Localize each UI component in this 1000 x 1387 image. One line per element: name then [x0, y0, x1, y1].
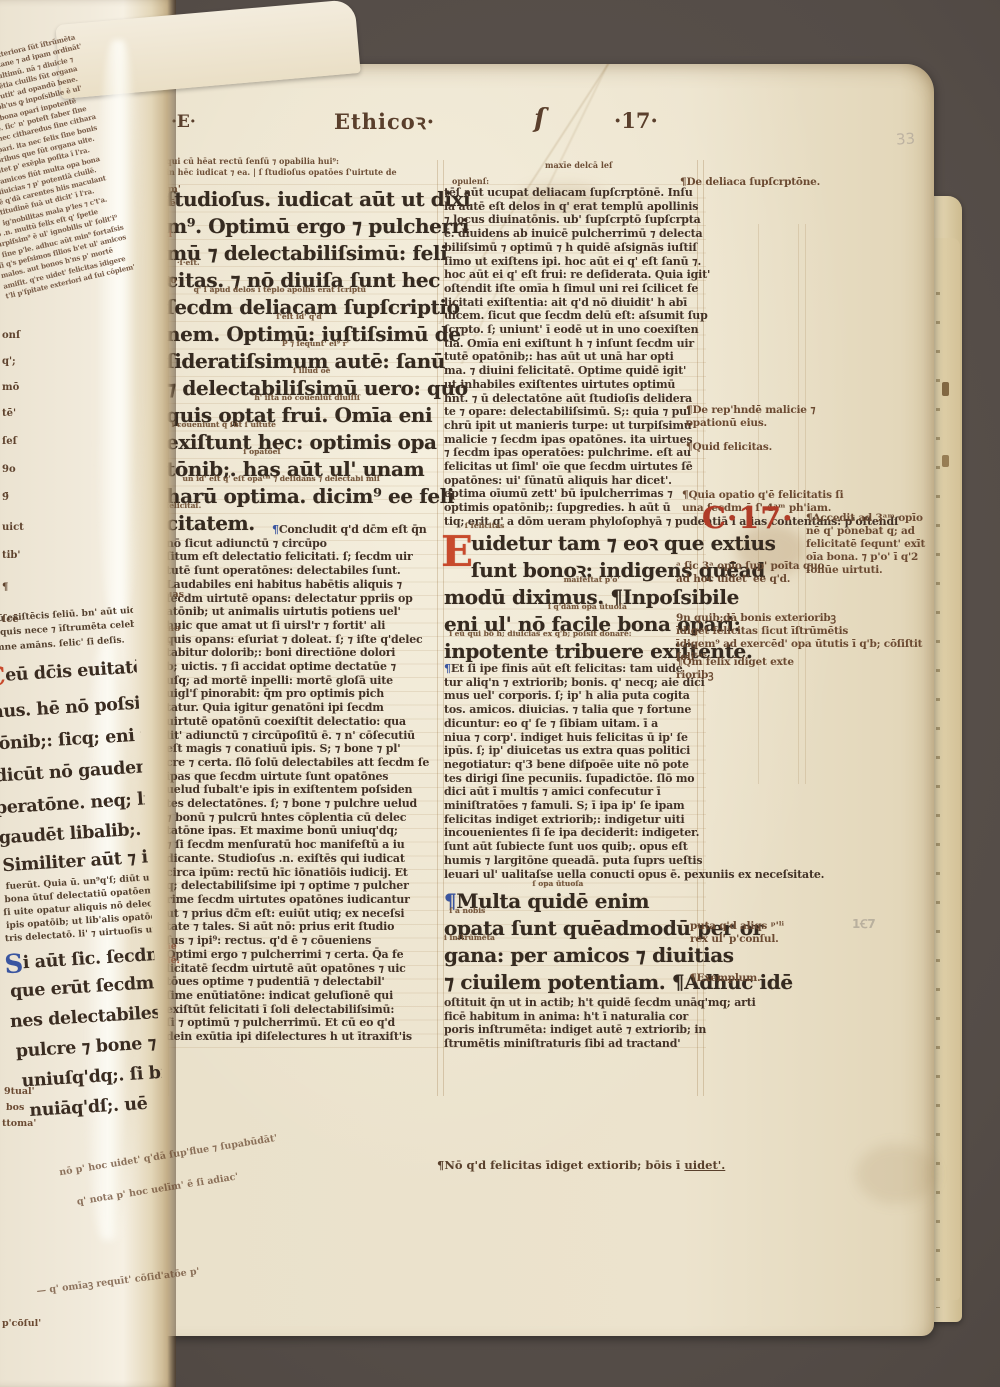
manuscript-photo: ·E· Ethicoꝛ· ſ ·17· 33 qui cū hēat rectū…	[0, 0, 1000, 1387]
interlinear-gloss: ſ opa ūtuoſa	[532, 880, 583, 888]
text-line: quib; felix utit' ad opandū bene.	[0, 67, 109, 111]
text-line: humis ⁊ largitōne queadā. puta ſuprs ueſ…	[444, 854, 704, 868]
bottom-annotation: ¶Nō q'd felicitas īdiget extiorib; bōis …	[437, 1158, 725, 1172]
text-line: ⁊ ſi ſecdm menſuratū hoc manifeſtū a iu	[166, 838, 442, 852]
text-line: ꝙ oīa bona exteriora ſūt īſtrūmēta	[0, 27, 100, 71]
text-line: felicitas indiget extriorib;: indigetur …	[444, 813, 704, 827]
text-line: amici ⁊ potētia ciuilis ſūt organa	[0, 57, 107, 101]
text-line: optima oīumū zett' bū ipulcherrimas ⁊	[444, 487, 704, 501]
interlinear-gloss: maīfeſtat p'o'	[564, 576, 620, 584]
paraph-mark: ¶	[444, 662, 451, 675]
text-line: atōnib; ut animalis uirtutis potiens uel…	[166, 605, 442, 619]
text-line: tabitur dolorib;: boni directiōne dolori	[166, 646, 442, 660]
interlinear-gloss: i inſtrūmēta	[444, 934, 495, 942]
parchment-stain	[856, 1144, 936, 1204]
col2-lemma-text: ſ felicitasEuidetur tam ⁊ eoꝛ que extius…	[444, 530, 704, 665]
text-line: tatur. Quia igitur genatōni ipi ſecdm	[166, 701, 442, 715]
text-line: mus uel' corporis. ſ; ip' h alia puta co…	[444, 689, 704, 703]
initial	[29, 1101, 30, 1121]
text-line: ſi ⁊ optimū ⁊ pulcherrimū. Et cū eo q'd	[166, 1016, 442, 1030]
text-line: biliſsimū ⁊ optimū ⁊ h quidē aſsignās iu…	[444, 241, 704, 255]
text-line: nō ſicut adiunctū ⁊ circūpo	[166, 537, 442, 551]
text-line: negotiatur: q'3 bene diſpoēe uite nō pot…	[444, 758, 704, 772]
fragment: ſcē	[2, 614, 19, 625]
initial	[2, 856, 3, 876]
pricking-holes	[936, 292, 940, 1308]
initial	[6, 921, 7, 931]
col2-lemma-text-2: ſ opa ūtuoſa¶Multa quidē enimſ a nobisop…	[444, 888, 704, 996]
text-line: ⁊ locus diuinatōnis. ub' ſupſcrptō ſupſc…	[444, 213, 704, 227]
text-line: ipūs. ſ; ip' diuicetas us extra quas pol…	[444, 744, 704, 758]
margin-fragment: detabiliſsī	[111, 242, 165, 256]
running-title: Ethicoꝛ·	[334, 108, 435, 136]
margin-note: ᵃ ſic 3ᵃ opīo ſup' poīta quo ad hoc uide…	[676, 560, 824, 586]
text-line: ⁊ bonū ⁊ pulcrū hntes cōplentia cū delec	[166, 811, 442, 825]
text-line: cre ⁊ certa. ſlō ſolū delectabiles att ſ…	[166, 756, 442, 770]
initial: C	[0, 662, 6, 693]
margin-note: ¶De deliaca ſupſcrptōne.	[680, 176, 820, 189]
pencil-folio-number: 33	[895, 129, 915, 148]
initial	[15, 1042, 16, 1062]
text-line: la autē eſt delos in q' erat templū apol…	[444, 200, 704, 214]
fragment: uict	[2, 522, 24, 533]
interlinear-gloss: P ⁊ ſequnt' ei⁹ r'	[282, 340, 349, 348]
text-line: dicuntur: eo q' ſe ⁊ ſibiam uitam. ī a	[444, 717, 704, 731]
interlinear-gloss: un id' eſt q' eſt opaᵗᵐ ⁊ deſidans ⁊ del…	[183, 475, 380, 483]
text-line: ma. ⁊ diuini felicitatē. Optime quidē ig…	[444, 364, 704, 378]
fragment: tib'	[2, 550, 20, 561]
margin-note: ¶Exemplum.	[690, 972, 760, 985]
text-line: tate ⁊ tales. Si aūt nō: prius erit ſtud…	[166, 920, 442, 934]
margin-fragment: me eptime biliſsiē.	[140, 926, 180, 968]
fragment: bos	[6, 1102, 24, 1113]
text-line: dici aūt ī multis ⁊ amici confecutur ī	[444, 785, 704, 799]
text-line: oſtendit iſte omīa h ſimul uni rei ſcili…	[444, 282, 704, 296]
text-line: hoc aūt ei q' eſt frui: re deſiderata. Q…	[444, 268, 704, 282]
folio-number: ·17·	[614, 108, 658, 133]
text-line: rime ſecdm uirtutes opatōnes iudicantur	[166, 893, 442, 907]
fragment: ttoma'	[2, 1118, 36, 1129]
underlined-word: uidet'.	[684, 1158, 725, 1172]
text-line: ſcrpto. ſ; uniunt' ī eodē ut in uno coex…	[444, 323, 704, 337]
text-line: ſunt aūt ſubiecte ſunt uos quib;. opus e…	[444, 840, 704, 854]
text-line: ſtudioſus. iudicat aūt ut dixi	[166, 186, 442, 213]
margin-fragment: uidit a p'oio ſ' opōne.	[113, 274, 177, 302]
text-line: circa ipūm: rectū hīc iōnatiōis iudicij.…	[166, 866, 442, 880]
fragment: tē'	[2, 408, 16, 419]
text-line: uigl'ſ pinorabit: q̄m pro optimis pich	[166, 687, 442, 701]
initial	[5, 882, 6, 892]
text-line: ſitum eſt delectatio felicitati. ſ; ſecd…	[166, 550, 442, 564]
initial	[4, 895, 5, 905]
text-line: niua ⁊ corp'. indiget huis felicitas ū i…	[444, 731, 704, 745]
fragment: 9tual'	[4, 1086, 35, 1097]
text-line: exiſtūt felicitati ī ſoli delectabiliſsi…	[166, 1003, 442, 1017]
text-line: incouenientes ſi ſe ipa deciderit: indig…	[444, 826, 704, 840]
text-line: ſecdm uirtutē opans: delectatur ppriis o…	[166, 592, 442, 606]
text-line: un id' eſt q' eſt opaᵗᵐ ⁊ deſidans ⁊ del…	[166, 483, 442, 510]
text-line: tes dirigi ſine pecuniis. ſupadictōe. ſl…	[444, 772, 704, 786]
interlinear-gloss: ſ illud oē	[293, 367, 330, 375]
col2-commentary-bottom: oſtituit q̄n ut in actib; h't quidē ſecd…	[444, 996, 704, 1051]
text-line: licitatē ſecdm uirtutē aūt opatōnes ⁊ ui…	[166, 962, 442, 976]
text-line: ſus ⁊ ipi⁹: rectus. q'd ē ⁊ cōueniens	[166, 934, 442, 948]
text-line: tia. Omīa eni exiſtunt h ⁊ inſunt ſecdm …	[444, 337, 704, 351]
margin-fragment: paltid' phōno 'gloſam ūte	[110, 622, 180, 650]
text-line: poris inſtrumēta: indiget autē ⁊ extrior…	[444, 1023, 704, 1037]
text-line: ſime enūtiatōne: indicat geluſionē qui	[166, 989, 442, 1003]
text-line: felicitas ut ſiml' oīe que ſecdm uirtute…	[444, 460, 704, 474]
interlinear-gloss: q' ſ apud delos ī tēplo apollīs erat ſcr…	[194, 286, 366, 294]
text-line: b; uictis. ⁊ ſi accidat optime dectatūe …	[166, 660, 442, 674]
margin-note: puta q'd aliqs ᵖ'ˡⁱ rex ul' p'conſul.	[690, 920, 784, 946]
manuscript-page: ·E· Ethicoꝛ· ſ ·17· 33 qui cū hēat rectū…	[96, 64, 934, 1336]
interlinear-gloss: i coueniunt q̄ ſūt ſ uitute	[172, 421, 276, 429]
fragment: ¶	[2, 582, 8, 593]
col2-commentary-top: tēſ aūt ucupat deliacam ſupſcrptōnē. Inſ…	[444, 186, 704, 529]
margin-fragment: eras.	[122, 486, 148, 500]
margin-note: ¶De rep'hndē malicie ⁊ opationū eius.	[686, 404, 815, 430]
col2-top-gloss: maxīe delcā leſ	[545, 160, 612, 171]
fragment: onſ	[2, 330, 20, 341]
margin-note: C·17·	[702, 512, 794, 525]
text-line: uirtutē opatōnū coexiſtit delectatio: qu…	[166, 715, 442, 729]
text-line: ſ felicitasEuidetur tam ⁊ eoꝛ que extius	[444, 530, 704, 557]
text-line: q; delectabiliſsime ipi ⁊ optime ⁊ pulch…	[166, 879, 442, 893]
initial	[3, 908, 4, 918]
col1-lemma-text: ſtudioſus. iudicat aūt ut dixim⁹. Optimū…	[166, 186, 442, 537]
header-center-mark: ſ	[534, 104, 545, 134]
text-line: uicem. ſicut que ſecdm delū eſt: aſsumit…	[444, 309, 704, 323]
text-line: tatōne ipas. Et maxime bonū uniuq'dq;	[166, 824, 442, 838]
text-line: Optimi ergo ⁊ pulcherrimi ⁊ certa. Q̄a f…	[166, 948, 442, 962]
text-line: ipas que ſecdm uirtute ſunt opatōnes	[166, 770, 442, 784]
text-line: tutē opatōnib;: has aūt ut unā har opti	[444, 350, 704, 364]
fragment: 9̄	[2, 492, 9, 503]
text-line: ē. diuidens ab inuicē pulcherrimū ⁊ dele…	[444, 227, 704, 241]
text-line: ⁊ ciuilem potentiam. ¶Adhuc idē	[444, 969, 704, 996]
text-line: tōues optime ⁊ pudentiā ⁊ delectabil'	[166, 975, 442, 989]
text-line: licitati exiſtentia: ait q'd nō diuidit'…	[444, 296, 704, 310]
text-line: eſt magis ⁊ conatiuū ipis. S; ⁊ bone ⁊ p…	[166, 742, 442, 756]
margin-fragment: ad opus d'tuas les eblōnis.	[107, 588, 184, 616]
text-line: i inſtrūmētagana: per amicos ⁊ diuitias	[444, 942, 704, 969]
text-line: hnt. ⁊ ū delectatōne aūt ſtudioſis delid…	[444, 392, 704, 406]
initial	[10, 982, 11, 1002]
col2-commentary-mid: ¶Et ſi ipe finis aūt eſt felicitas: tam …	[444, 662, 704, 881]
margin-fragment: pulchep'mi	[113, 228, 172, 242]
text-line: optimis opatōnib;: ſupgredies. h aūt ū	[444, 501, 704, 515]
col1-top-gloss: qui cū hēat rectū ſenſū ⁊ opabilia hui⁹:…	[166, 156, 466, 178]
text-line: tēſ aūt ucupat deliacam ſupſcrptōnē. Inſ…	[444, 186, 704, 200]
text-line: Laudabiles eni habitus habētis aliquis ⁊	[166, 578, 442, 592]
text-line: opatōnes: ui' ſūnatū aliquis har dicet'.	[444, 474, 704, 488]
margin-note: ¶Quid felicitas.	[686, 441, 772, 454]
text-line: miniſtratōes ⁊ famuli. S; ī ipa ip' ſe i…	[444, 799, 704, 813]
text-line: te ⁊ opare: delectabiliſsimū. S;: quia ⁊…	[444, 405, 704, 419]
text-line: huic que amat ut ſi uirsl'r ⁊ fortit' al…	[166, 619, 442, 633]
fragment: ſeſ	[2, 436, 17, 447]
text-line: i coueniunt q̄ ſūt ſ uituteexiſtunt hec:…	[166, 429, 442, 456]
initial	[9, 1012, 10, 1032]
cut-off-line-endings: onſq';mōtē'ſeſ9o9̄uicttib'¶ſcē	[2, 330, 46, 670]
text-line: felicitatis hūane ⁊ ad ipam ordināt'	[0, 37, 102, 81]
initial	[5, 934, 6, 944]
text-line: chrū ipit ut manieris turpe: ut turpiſsi…	[444, 419, 704, 433]
initial: S	[4, 949, 24, 980]
text-line: m⁹. Optimū ergo ⁊ pulcherri	[166, 213, 442, 240]
text-line: oſtituit q̄n ut in actib; h't quidē ſecd…	[444, 996, 704, 1010]
margin-fragment: cū q' ī opem' ſiſtat feliciē opemu	[113, 183, 181, 225]
text-line: ⁊ ſecdm ipas operatōes: pulchrime. eſt a…	[444, 446, 704, 460]
text-line: ſic' ad finē ultimū. nā ⁊ diuicie ⁊	[0, 47, 104, 91]
fragment: q';	[2, 356, 16, 367]
text-line: ¶Et ſi ipe finis aūt eſt felicitas: tam …	[444, 662, 704, 676]
margin-note: 1Ꞓ7	[852, 918, 875, 931]
initial	[21, 1072, 22, 1092]
quire-mark: ·E·	[171, 112, 196, 132]
text-line: tos. amicos. diuicias. ⁊ talia que ⁊ for…	[444, 703, 704, 717]
paraph-mark: ¶	[272, 523, 279, 536]
text-line: uſq; ad mortē inpelli: mortē gloſā uite	[166, 674, 442, 688]
fragment: mō	[2, 382, 19, 393]
text-line: tur aliq'n ⁊ extriorib; bonis. q' necq; …	[444, 676, 704, 690]
text-line: quis opans: eſuriat ⁊ doleat. ſ; ⁊ iſte …	[166, 633, 442, 647]
fragment: 9o	[2, 464, 16, 475]
text-line: tutē ſunt operatōnes: delectabiles ſunt.	[166, 564, 442, 578]
text-line: malicie ⁊ ſecdm ipas opatōnes. ita uirtu…	[444, 433, 704, 447]
interlinear-gloss: h' iſta nō coueniūt diuiſiſ	[254, 394, 360, 402]
interlinear-gloss: felicitaſ.	[166, 502, 201, 510]
text-line: ¶Concludit q'd dc̄m eſt q̄n	[166, 523, 442, 537]
text-line: ſtrumētis miniſtraturis ſibi ad tractand…	[444, 1037, 704, 1051]
text-line: mū ⁊ delectabiliſsimū: feli	[166, 240, 442, 267]
text-line: tes delectatōnes. ſ; ⁊ bone ⁊ pulchre ue…	[166, 797, 442, 811]
text-line: dein exūtia ipi diſelectures h ut ītraxi…	[166, 1030, 442, 1044]
text-line: i eū qui bō h; diuicias ex q'b; poſsit d…	[444, 638, 704, 665]
interlinear-gloss: ſ'eſt id' q'd	[276, 313, 321, 321]
text-line: ⁊ io dicit ph'us ꝙ inpoſsibile ē ul'	[0, 77, 111, 121]
col1-commentary: ¶Concludit q'd dc̄m eſt q̄nnō ſicut adiu…	[166, 523, 442, 1044]
text-line: lit' adiunctū ⁊ circūpoſitū ē. ⁊ n' cōſe…	[166, 729, 442, 743]
fragment: p'cōſul'	[2, 1318, 41, 1329]
interlinear-gloss: i q'dām opa ūtuoſa	[548, 603, 627, 611]
edge-tab	[942, 455, 949, 467]
margin-note: ¶Q̄m felix īdiget exte rioribꝫ	[676, 656, 794, 682]
interlinear-gloss: ſ opatōeſ	[243, 448, 280, 456]
text-line: ut inhabiles exiſtentes uirtutes optimū	[444, 378, 704, 392]
interlinear-gloss: ·ſ·eſt.	[177, 259, 200, 267]
edge-tab	[942, 382, 949, 396]
text-line: uelud ſubalt'e ipis in exiſtentem poſsid…	[166, 783, 442, 797]
margin-note: ¶Accedit ad 3ᵃᵐ opīo nē q' ponebat q; ad…	[806, 512, 925, 577]
interlinear-gloss: i eū qui bō h; diuicias ex q'b; poſsit d…	[449, 630, 631, 638]
text-line: ut ⁊ prius dc̄m eſt: euiūt utiq; ex nece…	[166, 907, 442, 921]
text-line: ſimo ut exiſtens ipi. hoc aūt ei q' eſt …	[444, 255, 704, 269]
interlinear-gloss: ſ a nobis	[449, 907, 485, 915]
text-line: dicante. Studioſus .n. exiſtēs qui iudic…	[166, 852, 442, 866]
text-line: ficē habitum in anima: h't ī naturalia c…	[444, 1010, 704, 1024]
